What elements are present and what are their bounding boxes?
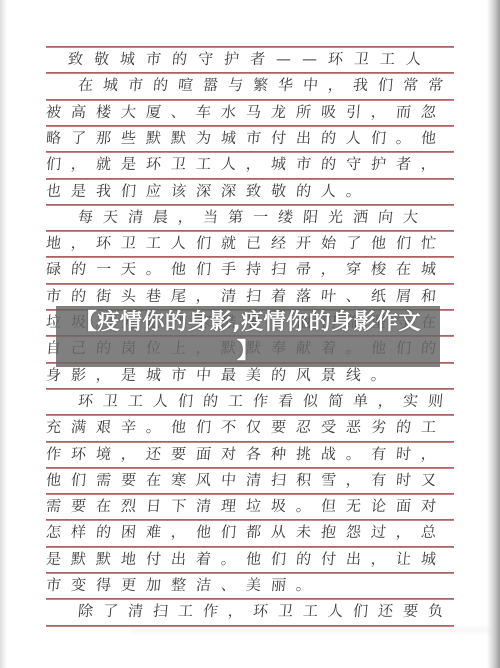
essay-line-text: 被高楼大厦、车水马龙所吸引，而忽 [45, 99, 447, 126]
essay-line-text: 略了那些默默为城市付出的人们。他 [45, 125, 447, 152]
essay-line-text: 也是我们应该深深致敬的人。 [45, 178, 372, 205]
essay-line-text: 是默默地付出着。他们的付出，让城 [45, 546, 447, 573]
watermark-text-line2: 】 [237, 337, 260, 366]
essay-line: 充满艰辛。他们不仅要忍受恶劣的工 [46, 414, 454, 440]
essay-line: 们，就是环卫工人，城市的守护者， [46, 151, 454, 177]
essay-line-text: 充满艰辛。他们不仅要忍受恶劣的工 [45, 414, 447, 441]
essay-title-text: 致敬城市的守护者——环卫工人 [67, 46, 433, 73]
essay-line-text: 地，环卫工人们就已经开始了他们忙 [45, 230, 447, 257]
essay-line-text: 在城市的喧嚣与繁华中，我们常常 [77, 72, 454, 99]
essay-line: 作环境，还要面对各种挑战。有时， [46, 441, 454, 467]
essay-line-text: 市变得更加整洁、美丽。 [45, 572, 322, 599]
essay-line: 除了清扫工作，环卫工人们还要负 [46, 598, 486, 624]
essay-line-text: 碌的一天。他们手持扫帚，穿梭在城 [45, 256, 447, 283]
essay-line: 市变得更加整洁、美丽。 [46, 572, 454, 598]
essay-line: 市的街头巷尾，清扫着落叶、纸屑和 [46, 283, 454, 309]
essay-line: 每天清晨，当第一缕阳光洒向大 [46, 204, 486, 230]
essay-line: 他们需要在寒风中清扫积雪，有时又 [46, 467, 454, 493]
essay-line: 也是我们应该深深致敬的人。 [46, 178, 454, 204]
watermark-overlay: 【疫情你的身影,疫情你的身影作文 】 [56, 306, 440, 367]
page-edge-shadow-left [0, 0, 7, 668]
essay-line: 怎样的困难，他们都从未抱怨过，总 [46, 519, 454, 545]
essay-line: 在城市的喧嚣与繁华中，我们常常 [46, 72, 486, 98]
watermark-text-line1: 【疫情你的身影,疫情你的身影作文 [75, 308, 421, 337]
essay-line-text: 作环境，还要面对各种挑战。有时， [45, 441, 447, 468]
essay-line: 被高楼大厦、车水马龙所吸引，而忽 [46, 99, 454, 125]
essay-line-text: 怎样的困难，他们都从未抱怨过，总 [45, 519, 447, 546]
notebook-page: 致敬城市的守护者——环卫工人 在城市的喧嚣与繁华中，我们常常被高楼大厦、车水马龙… [0, 0, 500, 668]
essay-line-text: 们，就是环卫工人，城市的守护者， [45, 151, 447, 178]
essay-line: 略了那些默默为城市付出的人们。他 [46, 125, 454, 151]
essay-line-text: 他们需要在寒风中清扫积雪，有时又 [45, 467, 447, 494]
essay-line-text: 每天清晨，当第一缕阳光洒向大 [77, 204, 429, 231]
essay-line: 是默默地付出着。他们的付出，让城 [46, 546, 454, 572]
essay-title: 致敬城市的守护者——环卫工人 [46, 46, 454, 72]
essay-line: 地，环卫工人们就已经开始了他们忙 [46, 230, 454, 256]
essay-line-text: 需要在烈日下清理垃圾。但无论面对 [45, 493, 447, 520]
essay-line: 环卫工人们的工作看似简单，实则 [46, 388, 486, 414]
essay-line: 需要在烈日下清理垃圾。但无论面对 [46, 493, 454, 519]
page-edge-shadow-right [487, 0, 500, 668]
essay-line: 碌的一天。他们手持扫帚，穿梭在城 [46, 256, 454, 282]
essay-line-text: 除了清扫工作，环卫工人们还要负 [77, 598, 454, 625]
essay-line-text: 环卫工人们的工作看似简单，实则 [77, 388, 454, 415]
scan-smudge [130, 628, 490, 633]
